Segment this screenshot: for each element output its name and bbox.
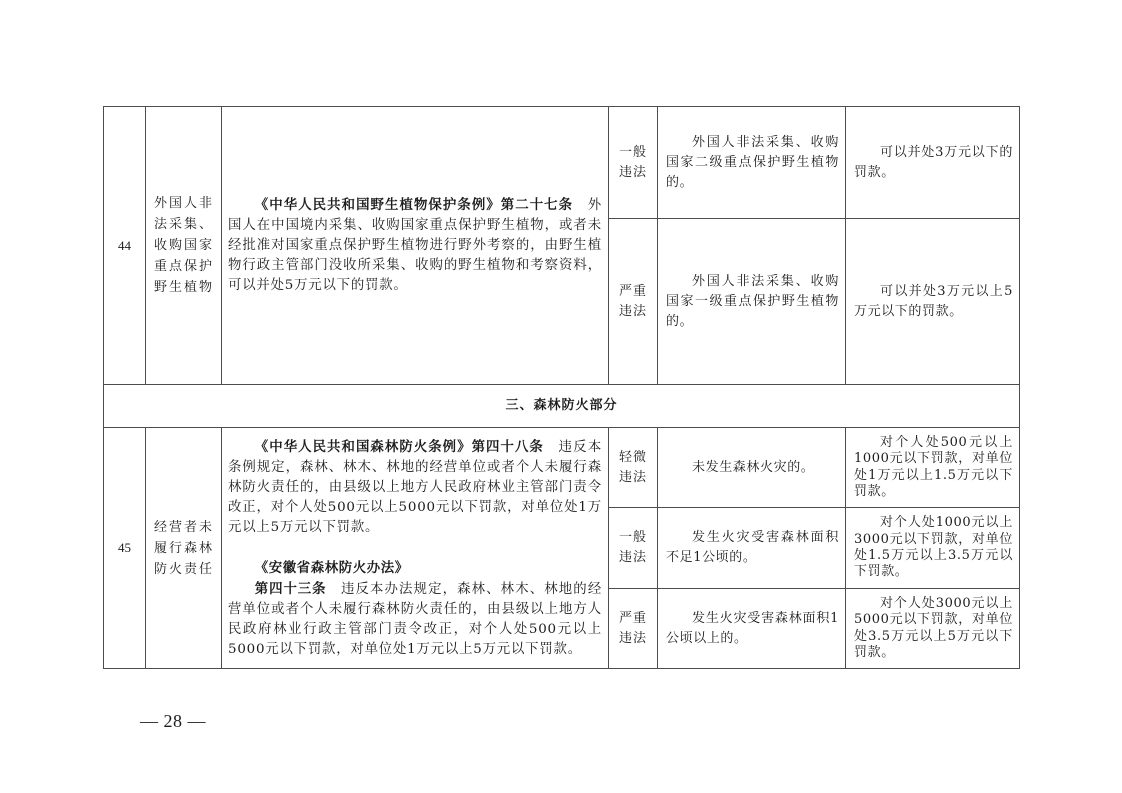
item-line: 外国人非 bbox=[154, 193, 217, 214]
item-line: 经营者未 bbox=[154, 517, 217, 538]
item-line: 重点保护 bbox=[154, 256, 217, 277]
penalty: 对个人处1000元以上3000元以下罚款，对单位处1.5万元以上3.5万元以下罚… bbox=[854, 515, 1013, 581]
violation-level: 严重违法 bbox=[619, 609, 647, 649]
violation-level-cell: 严重违法 bbox=[609, 219, 658, 385]
penalty-cell: 对个人处1000元以上3000元以下罚款，对单位处1.5万元以上3.5万元以下罚… bbox=[846, 508, 1020, 589]
table-row-45-minor: 45 经营者未 履行森林 防火责任 《中华人民共和国森林防火条例》第四十八条 违… bbox=[104, 428, 1020, 508]
circumstance: 发生火灾受害森林面积不足1公顷的。 bbox=[666, 528, 839, 568]
statute-title: 《安徽省森林防火办法》 bbox=[255, 560, 409, 576]
violation-item-cell: 外国人非 法采集、 收购国家 重点保护 野生植物 bbox=[146, 107, 222, 385]
page-number: — 28 — bbox=[140, 711, 206, 732]
penalty: 对个人处3000元以上5000元以下罚款，对单位处3.5万元以上5万元以下罚款。 bbox=[854, 596, 1013, 662]
penalty: 对个人处500元以上1000元以下罚款，对单位处1万元以上1.5万元以下罚款。 bbox=[854, 435, 1013, 501]
legal-basis-paragraph: 《中华人民共和国野生植物保护条例》第二十七条 外国人在中国境内采集、收购国家重点… bbox=[228, 195, 602, 296]
penalty-cell: 对个人处3000元以上5000元以下罚款，对单位处3.5万元以上5万元以下罚款。 bbox=[846, 589, 1020, 669]
violation-level: 一般违法 bbox=[619, 143, 647, 183]
violation-level: 一般违法 bbox=[619, 528, 647, 568]
circumstance-cell: 未发生森林火灾的。 bbox=[658, 428, 846, 508]
violation-level-cell: 一般违法 bbox=[609, 107, 658, 219]
penalty: 可以并处3万元以下的罚款。 bbox=[854, 143, 1013, 183]
violation-level: 严重违法 bbox=[619, 282, 647, 322]
violation-item: 经营者未 履行森林 防火责任 bbox=[154, 517, 217, 580]
legal-basis-paragraph: 第四十三条 违反本办法规定，森林、林木、林地的经营单位或者个人未履行森林防火责任… bbox=[228, 579, 602, 660]
section-header-row: 三、森林防火部分 bbox=[104, 385, 1020, 428]
statute-title: 《中华人民共和国野生植物保护条例》第二十七条 bbox=[255, 197, 573, 213]
violation-level-cell: 轻微违法 bbox=[609, 428, 658, 508]
violation-level: 轻微违法 bbox=[619, 448, 647, 488]
row-number: 45 bbox=[118, 540, 131, 555]
legal-basis: 《中华人民共和国野生植物保护条例》第二十七条 外国人在中国境内采集、收购国家重点… bbox=[228, 195, 602, 296]
circumstance-cell: 外国人非法采集、收购国家二级重点保护野生植物的。 bbox=[658, 107, 846, 219]
violation-item-cell: 经营者未 履行森林 防火责任 bbox=[146, 428, 222, 669]
item-line: 野生植物 bbox=[154, 277, 217, 298]
legal-basis-cell: 《中华人民共和国野生植物保护条例》第二十七条 外国人在中国境内采集、收购国家重点… bbox=[222, 107, 609, 385]
circumstance-cell: 外国人非法采集、收购国家一级重点保护野生植物的。 bbox=[658, 219, 846, 385]
violation-item: 外国人非 法采集、 收购国家 重点保护 野生植物 bbox=[154, 193, 217, 298]
section-header: 三、森林防火部分 bbox=[104, 385, 1020, 428]
penalty-standards-table: 44 外国人非 法采集、 收购国家 重点保护 野生植物 《中华人民共和国野生植物… bbox=[103, 106, 1020, 669]
penalty: 可以并处3万元以上5万元以下的罚款。 bbox=[854, 282, 1013, 322]
table-row-44-general: 44 外国人非 法采集、 收购国家 重点保护 野生植物 《中华人民共和国野生植物… bbox=[104, 107, 1020, 219]
item-line: 法采集、 bbox=[154, 214, 217, 235]
violation-level-cell: 严重违法 bbox=[609, 589, 658, 669]
legal-basis-paragraph: 《安徽省森林防火办法》 bbox=[228, 558, 602, 579]
item-line: 收购国家 bbox=[154, 235, 217, 256]
penalty-cell: 可以并处3万元以上5万元以下的罚款。 bbox=[846, 219, 1020, 385]
circumstance: 发生火灾受害森林面积1公顷以上的。 bbox=[666, 609, 839, 649]
violation-level-cell: 一般违法 bbox=[609, 508, 658, 589]
legal-basis: 《中华人民共和国森林防火条例》第四十八条 违反本条例规定，森林、林木、林地的经营… bbox=[228, 437, 602, 660]
circumstance: 外国人非法采集、收购国家一级重点保护野生植物的。 bbox=[666, 272, 839, 332]
circumstance-cell: 发生火灾受害森林面积1公顷以上的。 bbox=[658, 589, 846, 669]
penalty-cell: 对个人处500元以上1000元以下罚款，对单位处1万元以上1.5万元以下罚款。 bbox=[846, 428, 1020, 508]
statute-title: 《中华人民共和国森林防火条例》第四十八条 bbox=[255, 439, 544, 455]
row-number-cell: 44 bbox=[104, 107, 146, 385]
item-line: 履行森林 bbox=[154, 538, 217, 559]
row-number: 44 bbox=[118, 238, 131, 253]
legal-basis-cell: 《中华人民共和国森林防火条例》第四十八条 违反本条例规定，森林、林木、林地的经营… bbox=[222, 428, 609, 669]
circumstance: 外国人非法采集、收购国家二级重点保护野生植物的。 bbox=[666, 133, 839, 193]
circumstance-cell: 发生火灾受害森林面积不足1公顷的。 bbox=[658, 508, 846, 589]
legal-basis-paragraph: 《中华人民共和国森林防火条例》第四十八条 违反本条例规定，森林、林木、林地的经营… bbox=[228, 437, 602, 538]
article-title: 第四十三条 bbox=[255, 581, 327, 597]
row-number-cell: 45 bbox=[104, 428, 146, 669]
circumstance: 未发生森林火灾的。 bbox=[666, 458, 839, 478]
penalty-cell: 可以并处3万元以下的罚款。 bbox=[846, 107, 1020, 219]
item-line: 防火责任 bbox=[154, 559, 217, 580]
